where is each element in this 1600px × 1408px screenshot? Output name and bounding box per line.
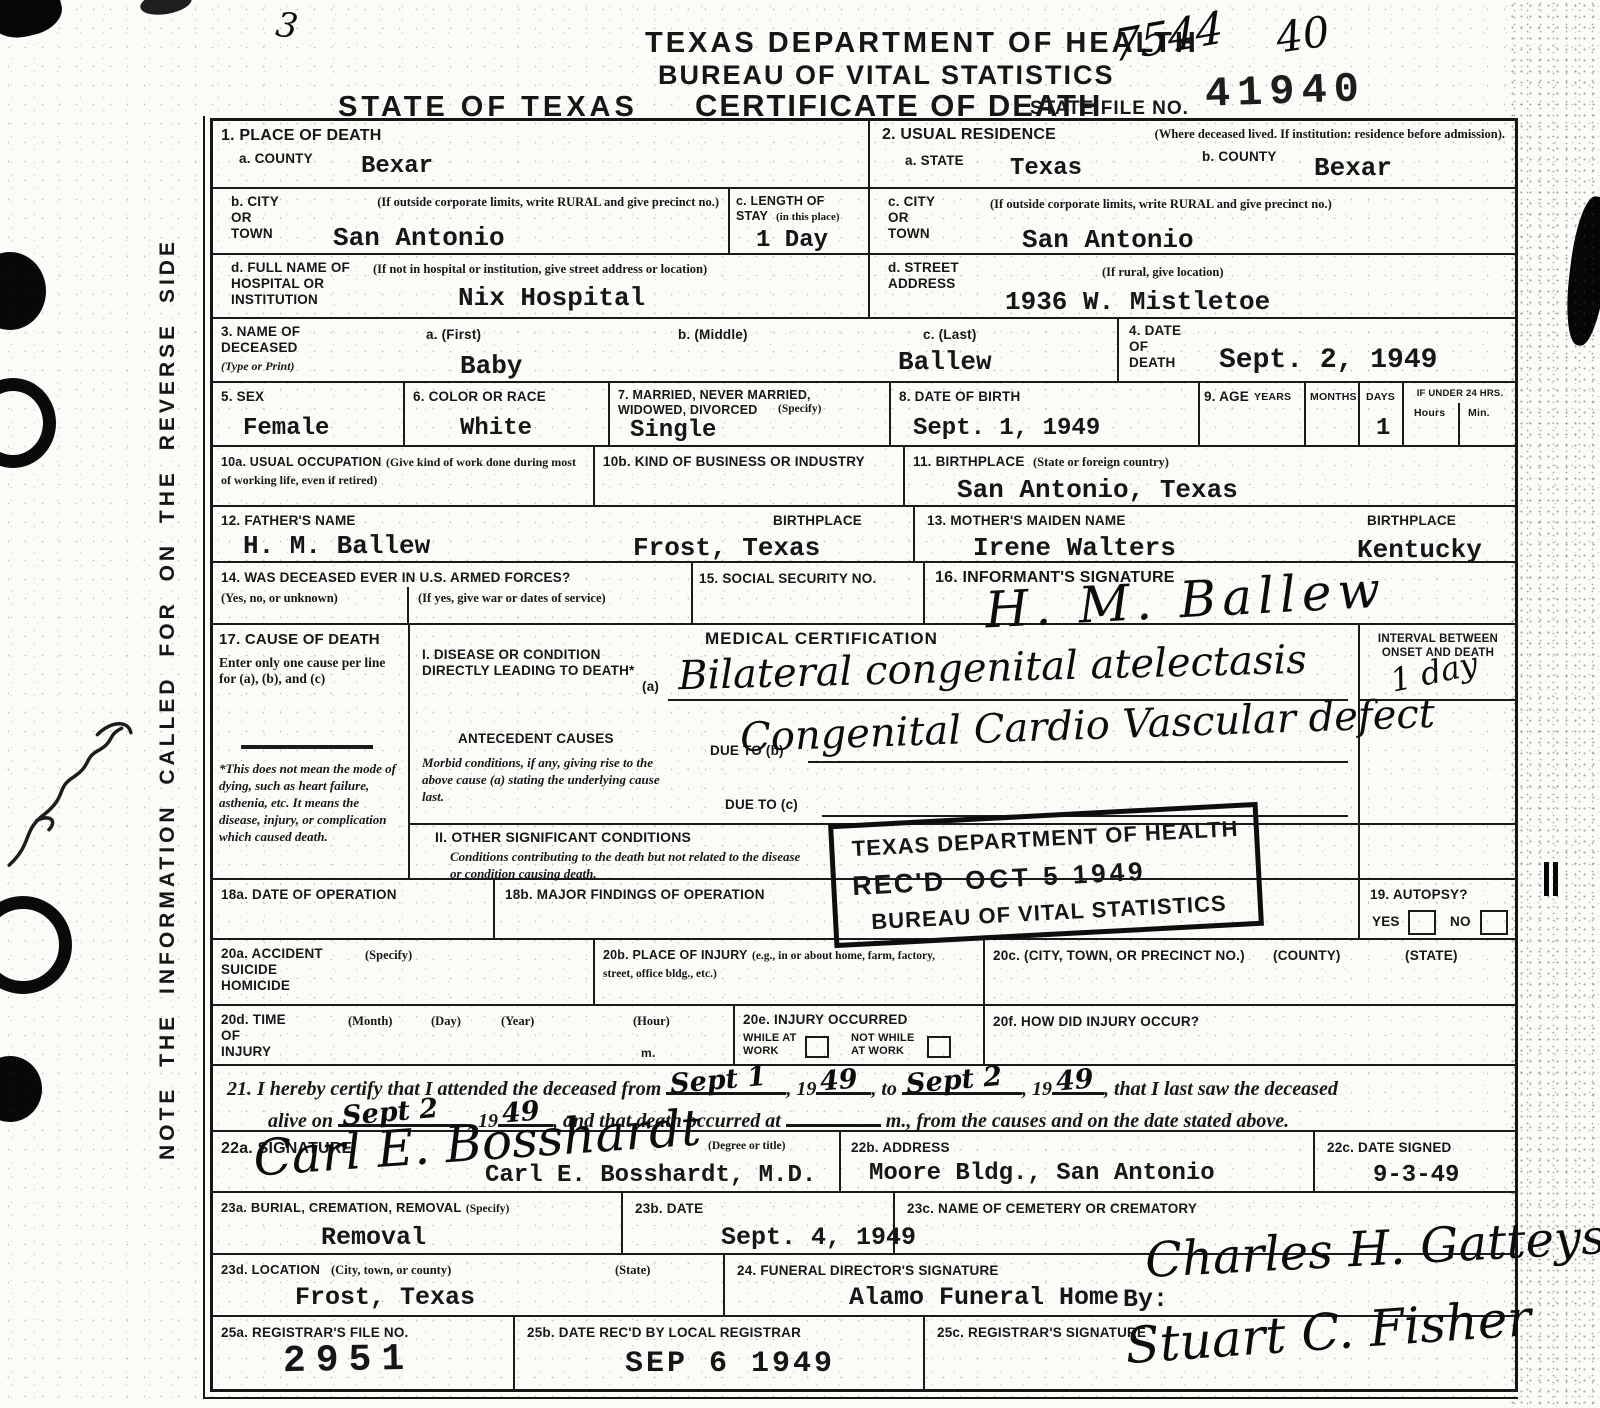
date-of-birth-label: 8. DATE OF BIRTH — [899, 389, 1020, 405]
residence-city-label: c. CITY OR TOWN — [888, 194, 935, 242]
field-registrar-date: 25b. DATE REC'D BY LOCAL REGISTRAR SEP 6… — [513, 1315, 923, 1389]
injury-state-label: (STATE) — [1405, 948, 1458, 964]
field-birthplace: 11. BIRTHPLACE (State or foreign country… — [903, 445, 1515, 505]
field-injury-occurred: 20e. INJURY OCCURRED WHILE AT WORK NOT W… — [733, 1004, 983, 1064]
sex-label: 5. SEX — [221, 389, 264, 405]
father-birthplace-label: BIRTHPLACE — [773, 513, 862, 529]
age-under24-label: IF UNDER 24 HRS. — [1406, 388, 1514, 399]
street-address-label: d. STREET ADDRESS — [888, 260, 959, 292]
burial-removal-note: (Specify) — [466, 1203, 509, 1215]
deceased-name-label: 3. NAME OF DECEASED — [221, 324, 300, 356]
field-interval-onset-death: INTERVAL BETWEEN ONSET AND DEATH 1 day — [1358, 623, 1515, 878]
field-physician-signature: 22a. SIGNATURE Carl E. Bosshardt (Degree… — [213, 1130, 839, 1191]
margin-scribble — [0, 690, 147, 901]
residence-city-value: San Antonio — [1022, 225, 1194, 255]
field-physician-address: 22b. ADDRESS Moore Bldg., San Antonio — [839, 1130, 1313, 1191]
sex-value: Female — [243, 415, 329, 442]
handwritten-code: 7544 — [1112, 2, 1224, 73]
punch-hole — [0, 378, 56, 468]
last-name-label: c. (Last) — [923, 327, 977, 343]
mother-name-label: 13. MOTHER'S MAIDEN NAME — [927, 513, 1126, 529]
father-birthplace-value: Frost, Texas — [633, 533, 820, 563]
field-armed-forces: 14. WAS DECEASED EVER IN U.S. ARMED FORC… — [213, 561, 691, 623]
father-name-value: H. M. Ballew — [243, 531, 430, 561]
punch-hole — [0, 1056, 42, 1122]
field-father-name: 12. FATHER'S NAME BIRTHPLACE H. M. Balle… — [213, 505, 913, 561]
cert-num: 21. — [227, 1078, 252, 1100]
cause-b-line — [808, 761, 1348, 763]
field-how-injury-occurred: 20f. HOW DID INJURY OCCUR? — [983, 1004, 1515, 1064]
cause-rule — [241, 745, 373, 749]
field-social-security: 15. SOCIAL SECURITY NO. — [691, 561, 923, 623]
place-of-injury-label: 20b. PLACE OF INJURY — [603, 948, 748, 962]
interval-line — [1360, 823, 1517, 825]
cert-fill-to: Sept 2 — [902, 1072, 1022, 1095]
usual-residence-label: 2. USUAL RESIDENCE — [882, 126, 1056, 145]
how-injury-occurred-label: 20f. HOW DID INJURY OCCUR? — [993, 1014, 1199, 1030]
date-of-death-value: Sept. 2, 1949 — [1219, 345, 1437, 376]
field-date-of-birth: 8. DATE OF BIRTH Sept. 1, 1949 — [889, 381, 1198, 445]
armed-forces-note1: (Yes, no, or unknown) — [221, 591, 338, 606]
field-color-or-race: 6. COLOR OR RACE White — [403, 381, 608, 445]
disease-condition-label: I. DISEASE OR CONDITION DIRECTLY LEADING… — [422, 647, 634, 679]
field-place-of-death: 1. PLACE OF DEATH a. COUNTY Bexar — [213, 121, 868, 187]
field-registrar-signature: 25c. REGISTRAR'S SIGNATURE Stuart C. Fis… — [923, 1315, 1515, 1389]
field-name-last: c. (Last) Ballew — [908, 317, 1117, 381]
field-burial-date: 23b. DATE Sept. 4, 1949 — [621, 1191, 893, 1253]
age-hours-label: Hours — [1414, 407, 1445, 419]
age-divider — [1402, 383, 1404, 447]
burial-date-label: 23b. DATE — [635, 1201, 703, 1217]
injury-m-label: m. — [641, 1046, 655, 1060]
morbid-conditions-note: Morbid conditions, if any, giving rise t… — [422, 755, 680, 806]
armed-forces-note2: (If yes, give war or dates of service) — [418, 591, 680, 606]
autopsy-no-checkbox — [1480, 910, 1508, 935]
social-security-label: 15. SOCIAL SECURITY NO. — [699, 571, 899, 587]
field-residence-city: c. CITY OR TOWN (If outside corporate li… — [868, 187, 1515, 253]
cert-19b: , 19 — [1022, 1078, 1052, 1100]
marital-status-note: (Specify) — [778, 403, 821, 417]
burial-date-value: Sept. 4, 1949 — [721, 1223, 916, 1252]
cert-p1: I hereby certify that I attended the dec… — [257, 1078, 661, 1100]
physician-address-value: Moore Bldg., San Antonio — [869, 1160, 1215, 1187]
handwritten-code: 40 — [1273, 7, 1333, 63]
reverse-side-note: NOTE THE INFORMATION CALLED FOR ON THE R… — [156, 294, 180, 1160]
field-business-industry: 10b. KIND OF BUSINESS OR INDUSTRY — [593, 445, 903, 505]
cause-note1: Enter only one cause per line for (a), (… — [219, 655, 397, 687]
first-name-label: a. (First) — [426, 327, 481, 343]
hospital-name-note: (If not in hospital or institution, give… — [373, 262, 853, 277]
death-county-label: a. COUNTY — [239, 151, 313, 167]
funeral-home-typed: Alamo Funeral Home — [849, 1283, 1119, 1312]
marital-status-value: Single — [630, 417, 716, 444]
date-signed-label: 22c. DATE SIGNED — [1327, 1140, 1451, 1156]
injury-day-label: (Day) — [431, 1014, 461, 1029]
burial-removal-label: 23a. BURIAL, CREMATION, REMOVAL — [221, 1200, 461, 1215]
cert-fill-time — [786, 1104, 881, 1127]
injury-county-label: (COUNTY) — [1273, 948, 1341, 964]
field-time-of-injury: 20d. TIME OF INJURY (Month) (Day) (Year)… — [213, 1004, 733, 1064]
field-usual-residence: 2. USUAL RESIDENCE (Where deceased lived… — [868, 121, 1515, 187]
father-name-label: 12. FATHER'S NAME — [221, 513, 356, 529]
date-of-operation-label: 18a. DATE OF OPERATION — [221, 887, 397, 903]
field-burial-removal: 23a. BURIAL, CREMATION, REMOVAL (Specify… — [213, 1191, 621, 1253]
usual-occupation-label: 10a. USUAL OCCUPATION — [221, 455, 381, 469]
autopsy-yes-label: YES — [1372, 914, 1400, 930]
field-length-of-stay: c. LENGTH OF STAY (in this place) 1 Day — [728, 187, 868, 253]
street-address-note: (If rural, give location) — [1102, 265, 1224, 280]
field-street-address: d. STREET ADDRESS (If rural, give locati… — [868, 253, 1515, 317]
cert-fill-from: Sept 1 — [666, 1072, 786, 1095]
armed-forces-divider — [407, 587, 409, 625]
street-address-value: 1936 W. Mistletoe — [1005, 287, 1270, 317]
field-registrar-file-no: 25a. REGISTRAR'S FILE NO. 2951 — [213, 1315, 513, 1389]
burial-location-note: (City, town, or county) — [331, 1263, 451, 1278]
death-city-label: b. CITY OR TOWN — [231, 194, 279, 242]
field-deceased-name-caption: 3. NAME OF DECEASED (Type or Print) — [213, 317, 398, 381]
antecedent-causes-label: ANTECEDENT CAUSES — [458, 731, 614, 747]
received-stamp: TEXAS DEPARTMENT OF HEALTH REC'D OCT 5 1… — [828, 802, 1264, 948]
field-marital-status: 7. MARRIED, NEVER MARRIED, WIDOWED, DIVO… — [608, 381, 889, 445]
injury-occurred-label: 20e. INJURY OCCURRED — [743, 1012, 908, 1028]
hospital-name-label: d. FULL NAME OF HOSPITAL OR INSTITUTION — [231, 260, 350, 308]
date-signed-value: 9-3-49 — [1373, 1162, 1459, 1189]
due-to-c-tag: DUE TO (c) — [725, 797, 798, 813]
physician-address-label: 22b. ADDRESS — [851, 1140, 950, 1156]
birthplace-note: (State or foreign country) — [1033, 455, 1169, 470]
residence-city-note: (If outside corporate limits, write RURA… — [990, 197, 1332, 212]
age-days-value: 1 — [1376, 415, 1390, 442]
field-informant-signature: 16. INFORMANT'S SIGNATURE H. M. Ballew — [923, 561, 1515, 623]
field-age: 9. AGE YEARS MONTHS DAYS IF UNDER 24 HRS… — [1198, 381, 1515, 445]
major-findings-label: 18b. MAJOR FINDINGS OF OPERATION — [505, 887, 765, 903]
death-county-value: Bexar — [361, 153, 433, 180]
burial-location-label: 23d. LOCATION — [221, 1262, 320, 1277]
not-while-at-work-checkbox — [927, 1036, 951, 1058]
while-at-work-label: WHILE AT WORK — [743, 1032, 797, 1058]
field-date-signed: 22c. DATE SIGNED 9-3-49 — [1313, 1130, 1515, 1191]
autopsy-yes-checkbox — [1408, 910, 1436, 935]
while-at-work-checkbox — [805, 1036, 829, 1058]
medical-certification-title: MEDICAL CERTIFICATION — [705, 629, 938, 649]
date-of-birth-value: Sept. 1, 1949 — [913, 415, 1100, 442]
injury-year-label: (Year) — [501, 1014, 534, 1029]
scan-blot — [1561, 194, 1600, 347]
age-min-label: Min. — [1468, 407, 1490, 419]
field-cause-of-death-caption: 17. CAUSE OF DEATH Enter only one cause … — [213, 623, 408, 878]
handwritten-page-mark: 3 — [273, 5, 300, 48]
injury-city-label: 20c. (CITY, TOWN, OR PRECINCT NO.) — [993, 948, 1245, 964]
registrar-date-value: SEP 6 1949 — [625, 1347, 835, 1381]
age-label: 9. AGE — [1204, 389, 1249, 405]
cert-19a: , 19 — [786, 1078, 816, 1100]
death-certificate-scan: NOTE THE INFORMATION CALLED FOR ON THE R… — [0, 0, 1600, 1408]
state-file-no-value: 41940 — [1204, 65, 1367, 119]
age-days-label: DAYS — [1366, 391, 1395, 403]
accident-label: 20a. ACCIDENT SUICIDE HOMICIDE — [221, 946, 323, 994]
cemetery-name-label: 23c. NAME OF CEMETERY OR CREMATORY — [907, 1201, 1197, 1217]
mother-birthplace-label: BIRTHPLACE — [1367, 513, 1456, 529]
field-place-of-injury: 20b. PLACE OF INJURY (e.g., in or about … — [593, 938, 983, 1004]
field-sex: 5. SEX Female — [213, 381, 403, 445]
place-of-death-label: 1. PLACE OF DEATH — [221, 127, 381, 146]
punch-hole — [0, 252, 46, 330]
length-of-stay-note: (in this place) — [776, 211, 840, 224]
cert-fill-year2: 49 — [1052, 1072, 1104, 1095]
age-months-label: MONTHS — [1310, 391, 1357, 403]
death-city-note: (If outside corporate limits, write RURA… — [331, 195, 719, 210]
armed-forces-label: 14. WAS DECEASED EVER IN U.S. ARMED FORC… — [221, 570, 570, 586]
autopsy-no-label: NO — [1450, 914, 1471, 930]
cause-b-handwriting: Congenital Cardio Vascular defect — [739, 691, 1435, 761]
funeral-by-typed: By: — [1123, 1285, 1168, 1314]
field-hospital-name: d. FULL NAME OF HOSPITAL OR INSTITUTION … — [213, 253, 868, 317]
age-divider — [1358, 383, 1360, 447]
not-while-at-work-label: NOT WHILE AT WORK — [851, 1032, 915, 1058]
registrar-date-label: 25b. DATE REC'D BY LOCAL REGISTRAR — [527, 1325, 801, 1341]
cause-note2: *This does not mean the mode of dying, s… — [219, 761, 399, 845]
field-date-of-death: 4. DATE OF DEATH Sept. 2, 1949 — [1117, 317, 1515, 381]
field-name-first: a. (First) Baby — [398, 317, 663, 381]
stamp-date: OCT 5 1949 — [964, 855, 1147, 895]
cert-p3: , that I last saw the deceased — [1104, 1078, 1338, 1100]
burial-location-value: Frost, Texas — [295, 1283, 475, 1312]
length-of-stay-value: 1 Day — [756, 227, 828, 254]
residence-state-label: a. STATE — [905, 153, 964, 169]
field-accident-suicide-homicide: 20a. ACCIDENT SUICIDE HOMICIDE (Specify) — [213, 938, 593, 1004]
hospital-name-value: Nix Hospital — [458, 283, 645, 313]
injury-month-label: (Month) — [348, 1014, 392, 1029]
age-divider — [1304, 383, 1306, 447]
usual-residence-note: (Where deceased lived. If institution: r… — [1125, 127, 1505, 142]
type-or-print-note: (Type or Print) — [221, 359, 295, 375]
registrar-signature-label: 25c. REGISTRAR'S SIGNATURE — [937, 1325, 1146, 1341]
age-divider — [1458, 403, 1460, 447]
registrar-file-no-value: 2951 — [283, 1338, 415, 1383]
scan-blot — [0, 0, 67, 44]
accident-note: (Specify) — [365, 948, 412, 963]
middle-name-label: b. (Middle) — [678, 327, 748, 343]
autopsy-label: 19. AUTOPSY? — [1370, 887, 1468, 903]
degree-or-title-note: (Degree or title) — [708, 1140, 785, 1154]
field-usual-occupation: 10a. USUAL OCCUPATION (Give kind of work… — [213, 445, 593, 505]
cert-fill-year1: 49 — [816, 1072, 871, 1095]
scan-blot — [1544, 862, 1549, 896]
punch-hole — [0, 896, 72, 994]
residence-county-label: b. COUNTY — [1202, 149, 1277, 165]
residence-county-value: Bexar — [1314, 153, 1392, 183]
cert-p6: m., from the causes and on the date stat… — [886, 1110, 1289, 1132]
funeral-director-label: 24. FUNERAL DIRECTOR'S SIGNATURE — [737, 1263, 999, 1279]
scan-blot — [1553, 862, 1558, 896]
date-of-death-label: 4. DATE OF DEATH — [1129, 323, 1181, 371]
field-burial-location: 23d. LOCATION (City, town, or county) (S… — [213, 1253, 723, 1315]
age-years-label: YEARS — [1254, 391, 1291, 403]
last-name-value: Ballew — [898, 347, 992, 377]
color-or-race-label: 6. COLOR OR RACE — [413, 389, 546, 405]
field-injury-city: 20c. (CITY, TOWN, OR PRECINCT NO.) (COUN… — [983, 938, 1515, 1004]
field-mother-name: 13. MOTHER'S MAIDEN NAME BIRTHPLACE Iren… — [913, 505, 1515, 561]
color-or-race-value: White — [460, 415, 532, 442]
stamp-recd: REC'D — [852, 866, 946, 902]
injury-hour-label: (Hour) — [633, 1014, 670, 1029]
mother-name-value: Irene Walters — [973, 533, 1176, 563]
field-name-middle: b. (Middle) — [663, 317, 908, 381]
death-city-value: San Antonio — [333, 223, 505, 253]
cause-of-death-label: 17. CAUSE OF DEATH — [219, 631, 380, 649]
field-death-city: b. CITY OR TOWN (If outside corporate li… — [213, 187, 728, 253]
field-date-of-operation: 18a. DATE OF OPERATION — [213, 878, 493, 938]
birthplace-label: 11. BIRTHPLACE — [913, 454, 1025, 470]
field-autopsy: 19. AUTOPSY? YES NO — [1358, 878, 1515, 938]
cert-p2: , to — [871, 1078, 897, 1100]
residence-state-value: Texas — [1010, 155, 1082, 182]
time-of-injury-label: 20d. TIME OF INJURY — [221, 1012, 286, 1060]
birthplace-value: San Antonio, Texas — [957, 475, 1238, 505]
first-name-value: Baby — [460, 351, 522, 381]
other-conditions-label: II. OTHER SIGNIFICANT CONDITIONS — [435, 829, 691, 846]
certificate-form: 1. PLACE OF DEATH a. COUNTY Bexar 2. USU… — [210, 118, 1518, 1392]
burial-removal-value: Removal — [321, 1223, 426, 1252]
burial-location-state-note: (State) — [615, 1263, 650, 1278]
scan-blot — [138, 0, 193, 18]
cause-a-tag: (a) — [642, 679, 659, 695]
business-industry-label: 10b. KIND OF BUSINESS OR INDUSTRY — [603, 454, 893, 470]
